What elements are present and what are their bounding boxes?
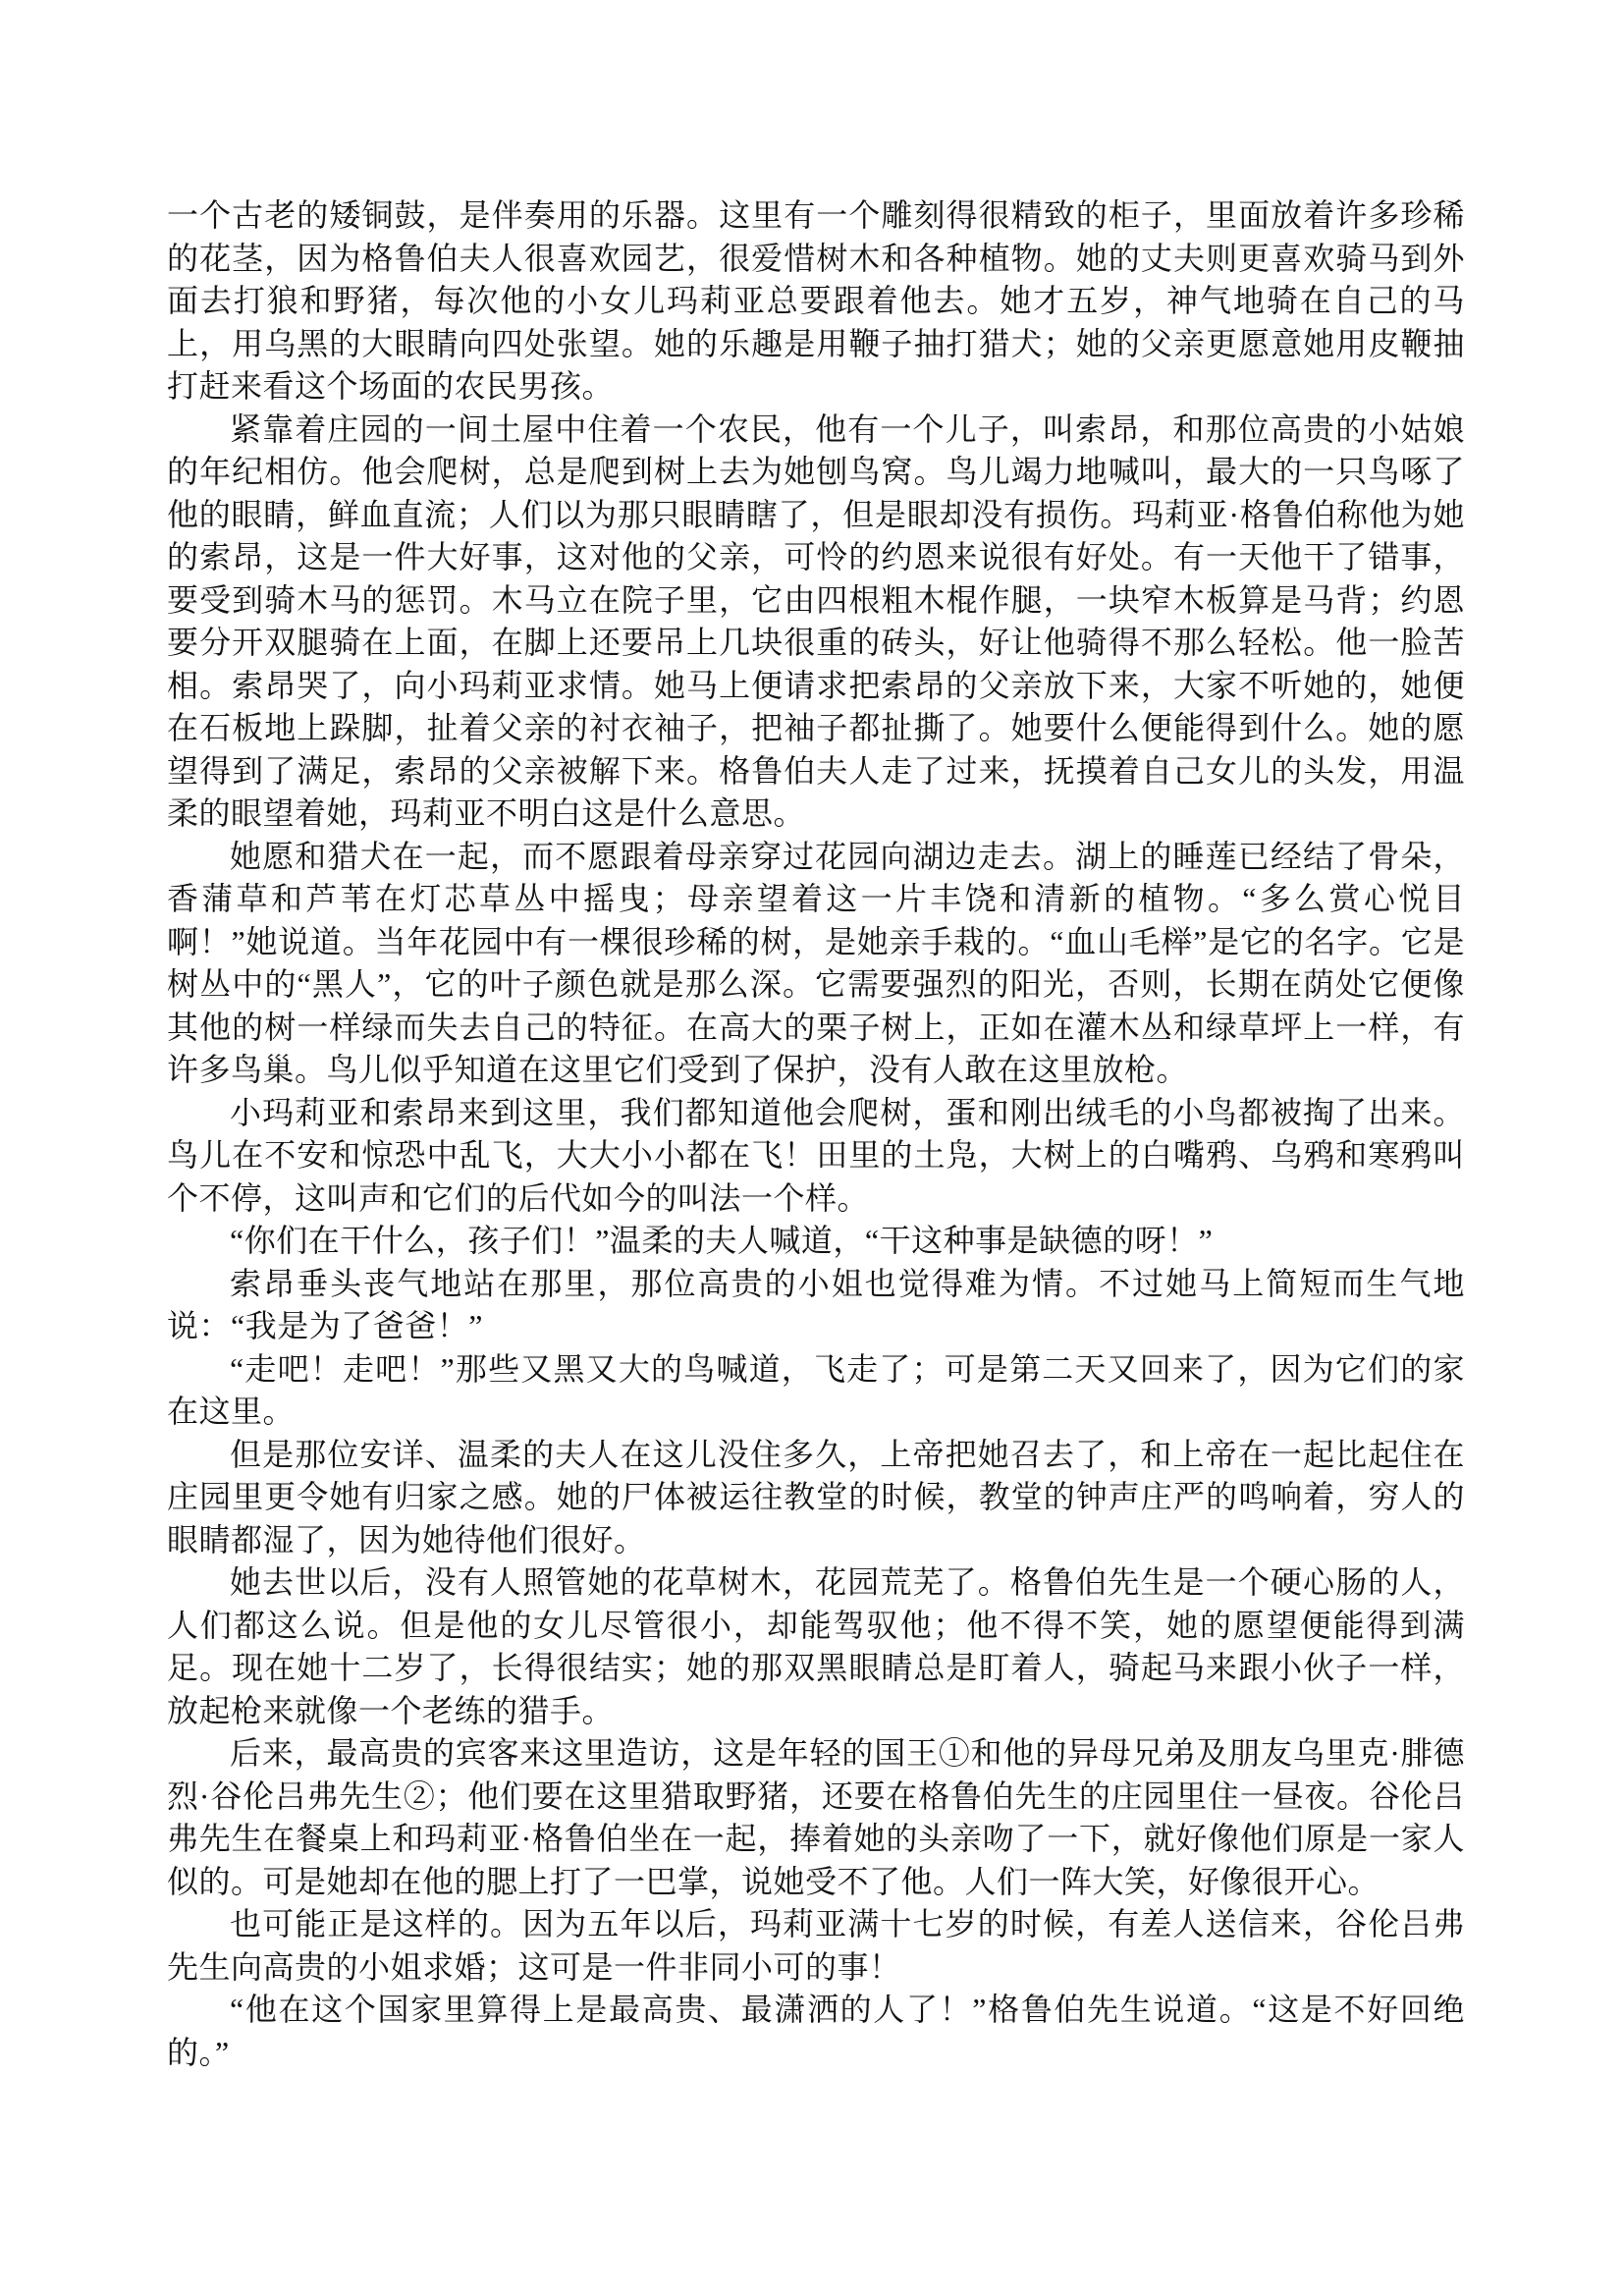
- paragraph: 她愿和猎犬在一起，而不愿跟着母亲穿过花园向湖边走去。湖上的睡莲已经结了骨朵，香蒲…: [167, 836, 1465, 1092]
- paragraph: 但是那位安详、温柔的夫人在这儿没住多久，上帝把她召去了，和上帝在一起比起住在庄园…: [167, 1434, 1465, 1562]
- paragraph: 一个古老的矮铜鼓，是伴奏用的乐器。这里有一个雕刻得很精致的柜子，里面放着许多珍稀…: [167, 194, 1465, 409]
- paragraph: “他在这个国家里算得上是最高贵、最潇洒的人了！”格鲁伯先生说道。“这是不好回绝的…: [167, 1989, 1465, 2074]
- paragraph: 后来，最高贵的宾客来这里造访，这是年轻的国王①和他的异母兄弟及朋友乌里克·腓德烈…: [167, 1732, 1465, 1903]
- document-body: 一个古老的矮铜鼓，是伴奏用的乐器。这里有一个雕刻得很精致的柜子，里面放着许多珍稀…: [167, 194, 1465, 2074]
- paragraph: “走吧！走吧！”那些又黑又大的鸟喊道，飞走了；可是第二天又回来了，因为它们的家在…: [167, 1348, 1465, 1434]
- paragraph: 索昂垂头丧气地站在那里，那位高贵的小姐也觉得难为情。不过她马上简短而生气地说：“…: [167, 1263, 1465, 1348]
- paragraph: 紧靠着庄园的一间土屋中住着一个农民，他有一个儿子，叫索昂，和那位高贵的小姑娘的年…: [167, 409, 1465, 836]
- document-page: 一个古老的矮铜鼓，是伴奏用的乐器。这里有一个雕刻得很精致的柜子，里面放着许多珍稀…: [0, 0, 1623, 2296]
- paragraph: 小玛莉亚和索昂来到这里，我们都知道他会爬树，蛋和刚出绒毛的小鸟都被掏了出来。鸟儿…: [167, 1092, 1465, 1221]
- paragraph: 也可能正是这样的。因为五年以后，玛莉亚满十七岁的时候，有差人送信来，谷伦吕弗先生…: [167, 1903, 1465, 1989]
- paragraph: 她去世以后，没有人照管她的花草树木，花园荒芜了。格鲁伯先生是一个硬心肠的人，人们…: [167, 1561, 1465, 1732]
- paragraph: “你们在干什么，孩子们！”温柔的夫人喊道，“干这种事是缺德的呀！”: [167, 1220, 1465, 1263]
